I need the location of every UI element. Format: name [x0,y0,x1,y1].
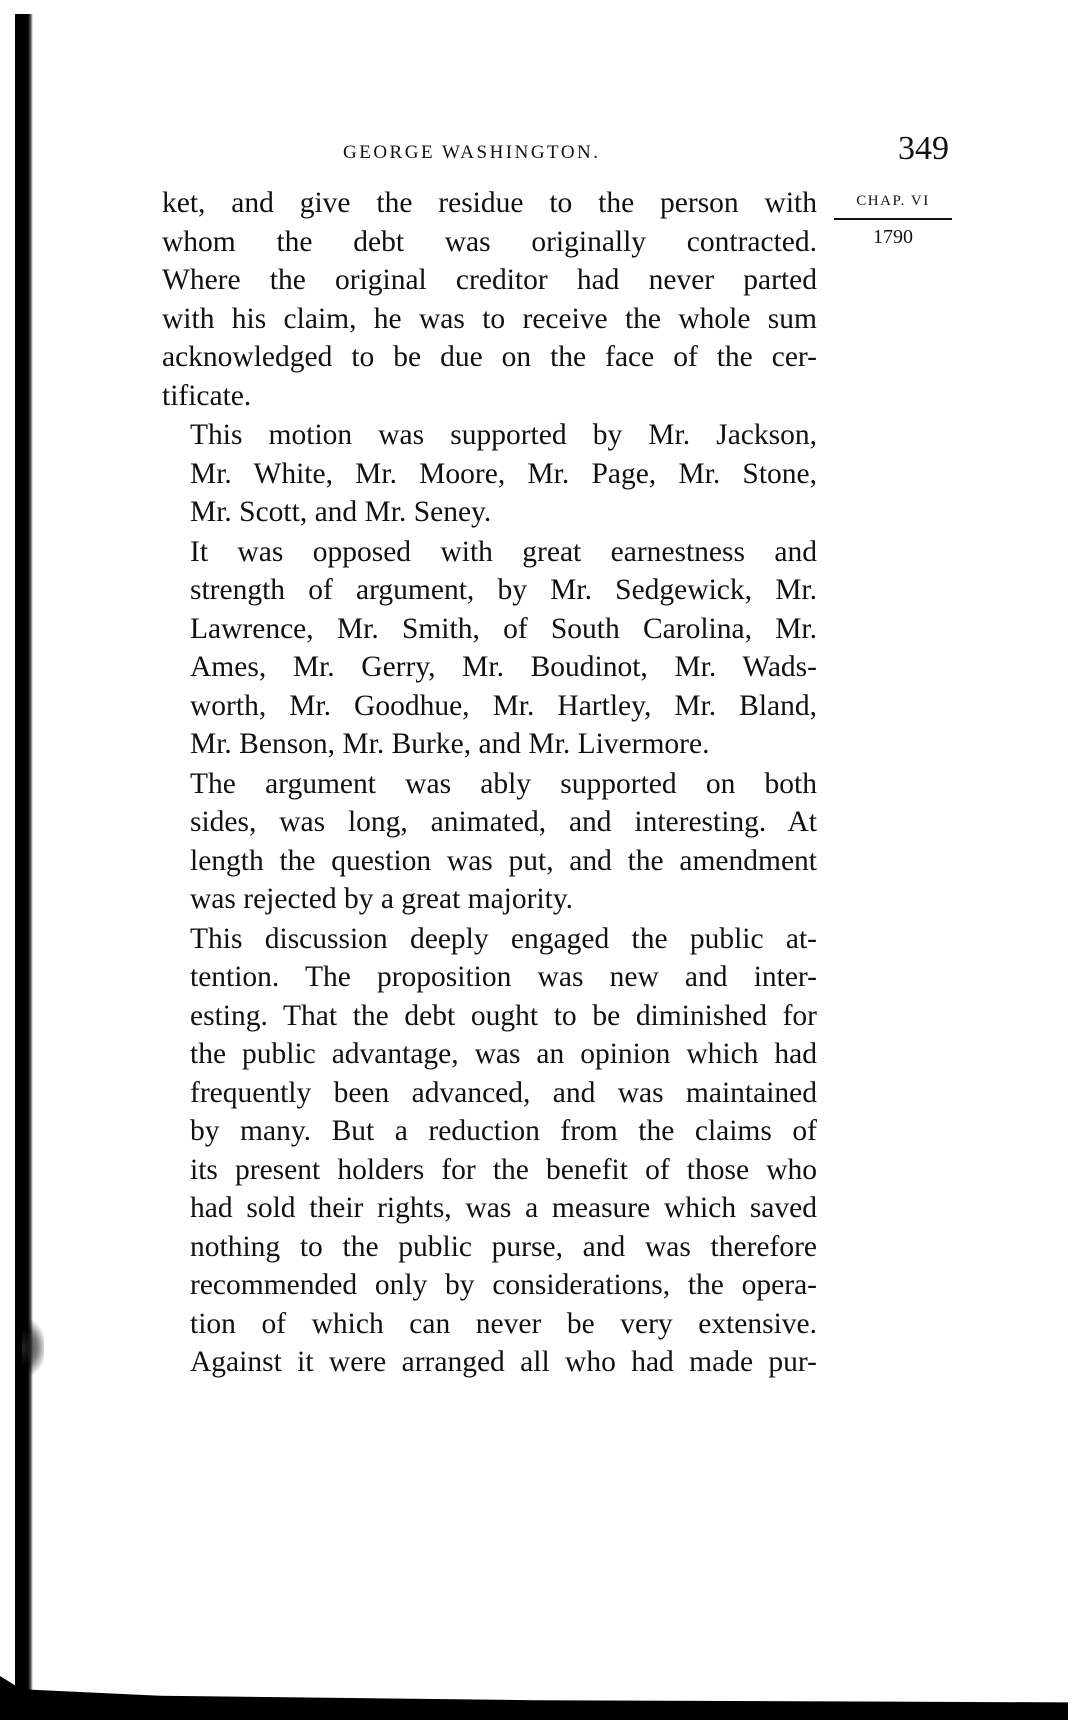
text-line: esting. That the debt ought to be dimini… [162,997,817,1036]
scan-bottom-edge [0,1676,1068,1720]
text-line: Mr. Benson, Mr. Burke, and Mr. Livermore… [162,725,817,764]
paragraph: This motion was supported by Mr. Jackson… [162,416,817,532]
text-line: nothing to the public purse, and was the… [162,1228,817,1267]
paragraph: The argument was ably supported on both … [162,765,817,919]
text-line: This motion was supported by Mr. Jackson… [162,416,817,455]
text-line: with his claim, he was to receive the wh… [162,300,817,339]
book-binding-edge [15,14,33,1704]
text-line: the public advantage, was an opinion whi… [162,1035,817,1074]
text-line: Lawrence, Mr. Smith, of South Carolina, … [162,610,817,649]
text-line: It was opposed with great earnestness an… [162,533,817,572]
text-line: tion of which can never be very extensiv… [162,1305,817,1344]
text-line: Mr. Scott, and Mr. Seney. [162,493,817,532]
text-line: Where the original creditor had never pa… [162,261,817,300]
text-line: its present holders for the benefit of t… [162,1151,817,1190]
text-line: This discussion deeply engaged the publi… [162,920,817,959]
text-line: Ames, Mr. Gerry, Mr. Boudinot, Mr. Wads- [162,648,817,687]
text-line: tificate. [162,377,817,416]
body-text: ket, and give the residue to the person … [162,184,817,1383]
text-line: by many. But a reduction from the claims… [162,1112,817,1151]
year-label: 1790 [834,220,952,249]
text-line: worth, Mr. Goodhue, Mr. Hartley, Mr. Bla… [162,687,817,726]
text-line: sides, was long, animated, and interesti… [162,803,817,842]
text-line: whom the debt was originally contracted. [162,223,817,262]
text-line: length the question was put, and the ame… [162,842,817,881]
text-line: frequently been advanced, and was mainta… [162,1074,817,1113]
text-line: tention. The proposition was new and int… [162,958,817,997]
text-line: recommended only by considerations, the … [162,1266,817,1305]
page-number: 349 [898,130,949,168]
text-line: was rejected by a great majority. [162,880,817,919]
text-line: acknowledged to be due on the face of th… [162,338,817,377]
paragraph: ket, and give the residue to the person … [162,184,817,415]
paragraph: It was opposed with great earnestness an… [162,533,817,764]
text-line: The argument was ably supported on both [162,765,817,804]
text-line: strength of argument, by Mr. Sedgewick, … [162,571,817,610]
paragraph: This discussion deeply engaged the publi… [162,920,817,1382]
text-line: Mr. White, Mr. Moore, Mr. Page, Mr. Ston… [162,455,817,494]
text-line: ket, and give the residue to the person … [162,184,817,223]
running-head: George Washington. [343,142,601,164]
text-line: had sold their rights, was a measure whi… [162,1189,817,1228]
chapter-label: Chap. VI [834,193,952,220]
text-line: Against it were arranged all who had mad… [162,1343,817,1382]
scan-artifact [22,1320,44,1375]
margin-note: Chap. VI 1790 [834,193,952,249]
